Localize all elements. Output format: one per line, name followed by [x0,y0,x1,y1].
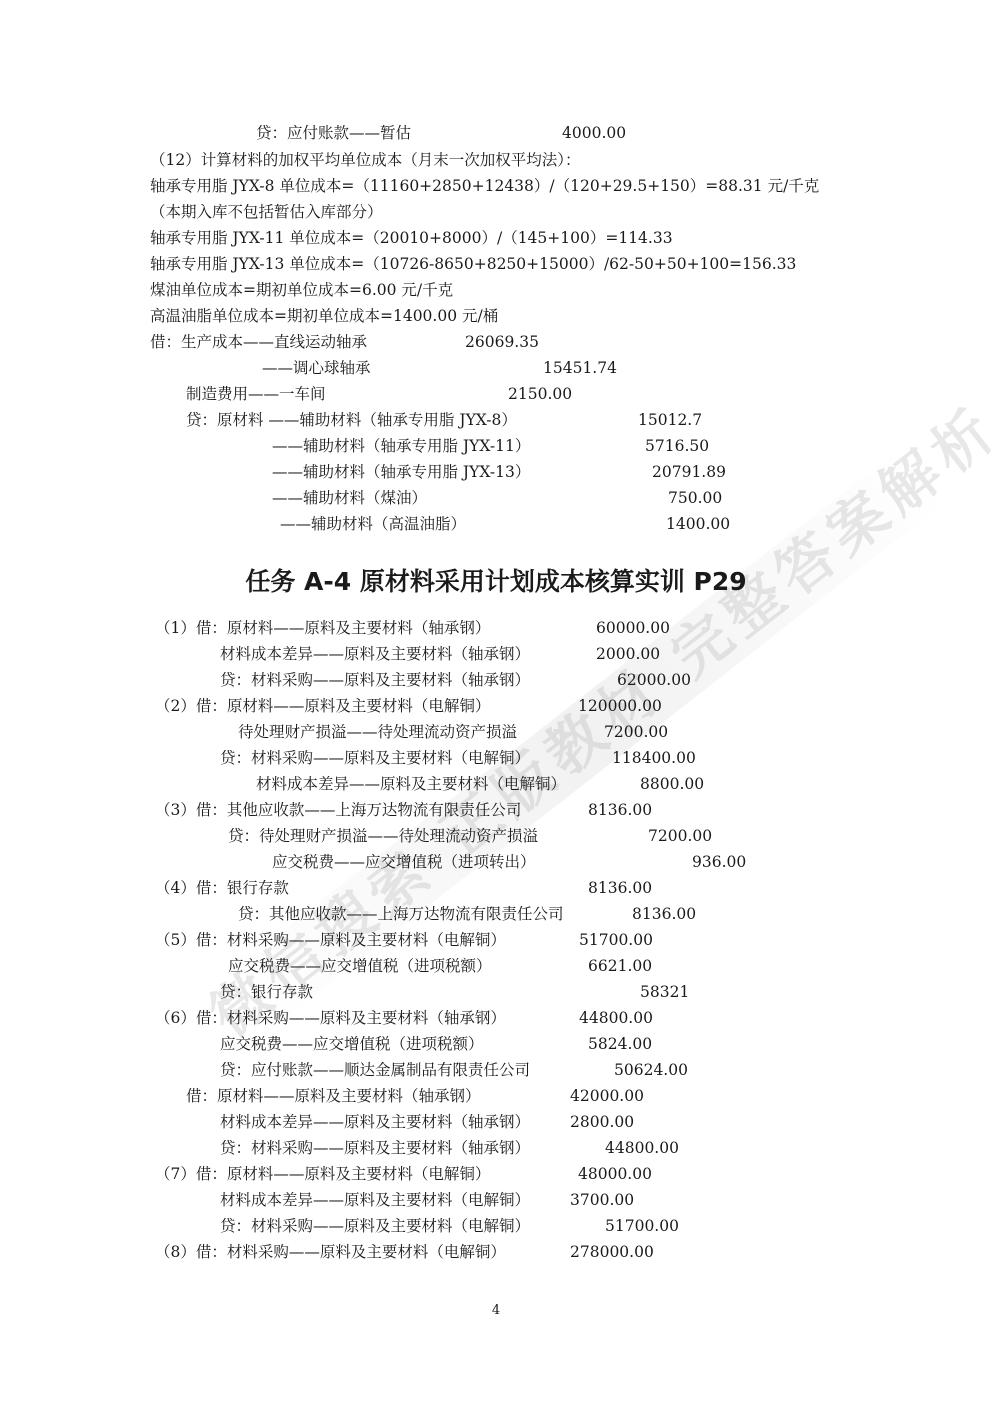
entry-text: 贷：待处理财产损溢——待处理流动资产损溢 [228,826,538,846]
entry-amount: 120000.00 [578,696,662,716]
entry-text: ——辅助材料（高温油脂） [280,514,466,534]
formula-line: 轴承专用脂 JYX-11 单位成本=（20010+8000）/（145+100）… [150,228,673,248]
entry-amount: 2800.00 [570,1112,634,1132]
entry-text: ——调心球轴承 [262,358,371,378]
entry-text: （7）借：原材料——原料及主要材料（电解铜） [155,1164,490,1184]
entry-amount: 8800.00 [640,774,704,794]
entry-amount: 20791.89 [652,462,726,482]
entry-amount: 2000.00 [596,644,660,664]
entry-amount: 5716.50 [645,436,709,456]
entry-text: ——辅助材料（轴承专用脂 JYX-13） [272,462,530,482]
section-title: （12）计算材料的加权平均单位成本（月末一次加权平均法）： [150,150,580,170]
entry-amount: 8136.00 [588,878,652,898]
entry-amount: 8136.00 [588,800,652,820]
entry-text: 贷：材料采购——原料及主要材料（电解铜） [220,748,530,768]
entry-text: 贷：原材料 ——辅助材料（轴承专用脂 JYX-8） [186,410,517,430]
entry-amount: 7200.00 [604,722,668,742]
entry-text: （8）借：材料采购——原料及主要材料（电解铜） [155,1242,506,1262]
entry-text: 制造费用——一车间 [186,384,326,404]
entry-amount: 51700.00 [605,1216,679,1236]
entry-text: 贷：银行存款 [220,982,313,1002]
entry-text: 借：生产成本——直线运动轴承 [150,332,367,352]
entry-text: 贷：其他应收款——上海万达物流有限责任公司 [238,904,564,924]
entry-amount: 15012.7 [638,410,702,430]
entry-text: 借：原材料——原料及主要材料（轴承钢） [186,1086,481,1106]
entry-amount: 6621.00 [588,956,652,976]
entry-amount: 4000.00 [562,123,626,143]
entry-text: 材料成本差异——原料及主要材料（电解铜） [220,1190,530,1210]
entry-amount: 60000.00 [596,618,670,638]
entry-amount: 44800.00 [579,1008,653,1028]
entry-text: ——辅助材料（煤油） [272,488,427,508]
entry-amount: 44800.00 [605,1138,679,1158]
entry-amount: 8136.00 [632,904,696,924]
formula-line: 轴承专用脂 JYX-13 单位成本=（10726-8650+8250+15000… [150,254,796,274]
formula-line: 轴承专用脂 JYX-8 单位成本=（11160+2850+12438）/（120… [150,176,819,196]
entry-amount: 118400.00 [612,748,696,768]
entry-amount: 62000.00 [617,670,691,690]
entry-text: 材料成本差异——原料及主要材料（轴承钢） [220,1112,530,1132]
entry-text: 贷：材料采购——原料及主要材料（轴承钢） [220,670,530,690]
formula-line: 高温油脂单位成本=期初单位成本=1400.00 元/桶 [150,306,498,326]
entry-amount: 1400.00 [666,514,730,534]
entry-amount: 15451.74 [543,358,617,378]
entry-amount: 2150.00 [508,384,572,404]
entry-text: ——辅助材料（轴承专用脂 JYX-11） [272,436,530,456]
entry-amount: 42000.00 [570,1086,644,1106]
entry-text: （3）借：其他应收款——上海万达物流有限责任公司 [155,800,521,820]
section-heading: 任务 A-4 原材料采用计划成本核算实训 P29 [0,565,992,599]
entry-text: （4）借：银行存款 [155,878,289,898]
entry-text: 应交税费——应交增值税（进项转出） [272,852,536,872]
entry-text: （6）借：材料采购——原料及主要材料（轴承钢） [155,1008,506,1028]
entry-amount: 3700.00 [570,1190,634,1210]
entry-amount: 50624.00 [614,1060,688,1080]
entry-amount: 5824.00 [588,1034,652,1054]
entry-amount: 750.00 [668,488,722,508]
entry-amount: 7200.00 [648,826,712,846]
entry-text: 应交税费——应交增值税（进项税额） [220,1034,484,1054]
entry-text: （2）借：原材料——原料及主要材料（电解铜） [155,696,490,716]
entry-amount: 51700.00 [579,930,653,950]
formula-line: 煤油单位成本=期初单位成本=6.00 元/千克 [150,280,453,300]
entry-text: 材料成本差异——原料及主要材料（轴承钢） [220,644,530,664]
entry-amount: 26069.35 [465,332,539,352]
entry-text: 贷：应付账款——暂估 [256,123,411,143]
entry-text: 材料成本差异——原料及主要材料（电解铜） [256,774,566,794]
page-number: 4 [0,1303,992,1318]
entry-text: 待处理财产损溢——待处理流动资产损溢 [238,722,517,742]
entry-amount: 48000.00 [578,1164,652,1184]
entry-amount: 278000.00 [570,1242,654,1262]
entry-text: 贷：应付账款——顺达金属制品有限责任公司 [220,1060,530,1080]
entry-text: 贷：材料采购——原料及主要材料（轴承钢） [220,1138,530,1158]
entry-text: 贷：材料采购——原料及主要材料（电解铜） [220,1216,530,1236]
note-line: （本期入库不包括暂估入库部分） [150,202,383,222]
entry-text: 应交税费——应交增值税（进项税额） [228,956,492,976]
entry-text: （5）借：材料采购——原料及主要材料（电解铜） [155,930,506,950]
entry-text: （1）借：原材料——原料及主要材料（轴承钢） [155,618,490,638]
entry-amount: 58321 [640,982,689,1002]
entry-amount: 936.00 [692,852,746,872]
